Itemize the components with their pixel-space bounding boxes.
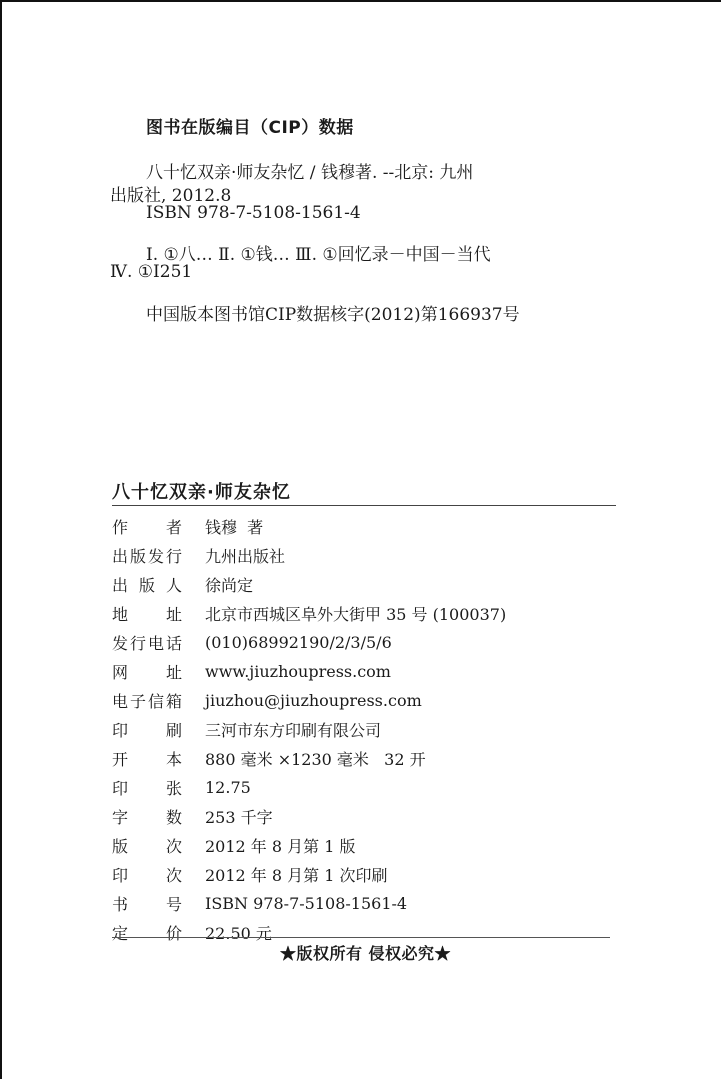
- info-row: 印张12.75: [112, 773, 612, 802]
- cip-title: 图书在版编目（CIP）数据: [146, 113, 354, 138]
- info-label: 印张: [112, 776, 182, 799]
- info-label-char: 出: [112, 573, 128, 596]
- info-row: 作者钱穆 著: [112, 512, 612, 541]
- info-label-char: 电: [112, 689, 128, 712]
- info-row: 地址北京市西城区阜外大街甲 35 号 (100037): [112, 599, 612, 628]
- info-label-char: 信: [148, 689, 164, 712]
- info-label: 版次: [112, 834, 182, 857]
- info-label: 网址: [112, 660, 182, 683]
- info-label-char: 者: [166, 515, 182, 538]
- info-label-char: 话: [166, 631, 182, 654]
- cip-line-verification-number: 中国版本图书馆CIP数据核字(2012)第166937号: [146, 300, 520, 325]
- info-label-char: 发: [148, 544, 164, 567]
- info-label-char: 字: [112, 805, 128, 828]
- info-value: 2012 年 8 月第 1 次印刷: [205, 863, 388, 886]
- cip-line-classification: Ⅰ. ①八… Ⅱ. ①钱… Ⅲ. ①回忆录－中国－当代: [146, 240, 491, 265]
- book-title: 八十忆双亲·师友杂忆: [112, 478, 291, 504]
- info-label-char: 址: [166, 602, 182, 625]
- info-value: www.jiuzhoupress.com: [205, 662, 391, 681]
- footer-divider: [112, 937, 610, 938]
- info-value: ISBN 978-7-5108-1561-4: [205, 894, 407, 913]
- info-value: 徐尚定: [205, 573, 253, 596]
- info-row: 印次2012 年 8 月第 1 次印刷: [112, 860, 612, 889]
- info-label-char: 张: [166, 776, 182, 799]
- page-border-left: [0, 0, 2, 1079]
- info-label-char: 次: [166, 863, 182, 886]
- info-label: 发行电话: [112, 631, 182, 654]
- info-label-char: 本: [166, 747, 182, 770]
- cip-line-class-number: Ⅳ. ①I251: [110, 262, 192, 282]
- info-value: 12.75: [205, 778, 251, 797]
- info-value: 2012 年 8 月第 1 版: [205, 834, 356, 857]
- info-label-char: 书: [112, 892, 128, 915]
- info-row: 字数253 千字: [112, 802, 612, 831]
- info-label: 出版人: [112, 573, 182, 596]
- info-value: (010)68992190/2/3/5/6: [205, 633, 392, 652]
- info-label: 开本: [112, 747, 182, 770]
- title-divider: [112, 505, 616, 506]
- info-value: 钱穆 著: [205, 515, 263, 538]
- info-label-char: 作: [112, 515, 128, 538]
- info-label: 字数: [112, 805, 182, 828]
- info-row: 出版发行九州出版社: [112, 541, 612, 570]
- info-label-char: 子: [130, 689, 146, 712]
- info-label-char: 印: [112, 718, 128, 741]
- info-value: 九州出版社: [205, 544, 285, 567]
- info-label-char: 电: [148, 631, 164, 654]
- info-row: 版次2012 年 8 月第 1 版: [112, 831, 612, 860]
- info-label-char: 版: [139, 573, 155, 596]
- cip-line-isbn: ISBN 978-7-5108-1561-4: [146, 203, 361, 223]
- copyright-notice: ★版权所有 侵权必究★: [0, 941, 721, 964]
- info-label-char: 行: [166, 544, 182, 567]
- info-label-char: 出: [112, 544, 128, 567]
- info-value: jiuzhou@jiuzhoupress.com: [205, 691, 422, 710]
- info-label-char: 行: [130, 631, 146, 654]
- info-value: 三河市东方印刷有限公司: [205, 718, 381, 741]
- info-label-char: 地: [112, 602, 128, 625]
- info-label: 作者: [112, 515, 182, 538]
- cip-line-title-author: 八十忆双亲·师友杂忆 / 钱穆著. --北京: 九州: [146, 158, 473, 183]
- info-value: 253 千字: [205, 805, 273, 828]
- info-label-char: 网: [112, 660, 128, 683]
- info-row: 电子信箱jiuzhou@jiuzhoupress.com: [112, 686, 612, 715]
- info-label-char: 开: [112, 747, 128, 770]
- info-label-char: 发: [112, 631, 128, 654]
- info-label-char: 版: [112, 834, 128, 857]
- info-label: 印刷: [112, 718, 182, 741]
- copyright-text: ★版权所有 侵权必究★: [280, 944, 451, 963]
- info-label-char: 人: [166, 573, 182, 596]
- info-label: 印次: [112, 863, 182, 886]
- info-value: 880 毫米 ×1230 毫米 32 开: [205, 747, 426, 770]
- info-row: 印刷三河市东方印刷有限公司: [112, 715, 612, 744]
- publication-info-table: 作者钱穆 著出版发行九州出版社出版人徐尚定地址北京市西城区阜外大街甲 35 号 …: [112, 512, 612, 947]
- info-label-char: 版: [130, 544, 146, 567]
- info-label: 地址: [112, 602, 182, 625]
- info-label-char: 印: [112, 776, 128, 799]
- info-label: 书号: [112, 892, 182, 915]
- info-label-char: 印: [112, 863, 128, 886]
- info-row: 发行电话(010)68992190/2/3/5/6: [112, 628, 612, 657]
- info-label: 电子信箱: [112, 689, 182, 712]
- info-label-char: 次: [166, 834, 182, 857]
- info-label-char: 数: [166, 805, 182, 828]
- info-label-char: 号: [166, 892, 182, 915]
- info-label-char: 址: [166, 660, 182, 683]
- info-value: 北京市西城区阜外大街甲 35 号 (100037): [205, 602, 506, 625]
- info-label-char: 箱: [166, 689, 182, 712]
- info-label-char: 刷: [166, 718, 182, 741]
- info-row: 出版人徐尚定: [112, 570, 612, 599]
- info-row: 开本880 毫米 ×1230 毫米 32 开: [112, 744, 612, 773]
- info-row: 网址www.jiuzhoupress.com: [112, 657, 612, 686]
- info-row: 书号ISBN 978-7-5108-1561-4: [112, 889, 612, 918]
- page-border-top: [0, 0, 721, 2]
- info-label: 出版发行: [112, 544, 182, 567]
